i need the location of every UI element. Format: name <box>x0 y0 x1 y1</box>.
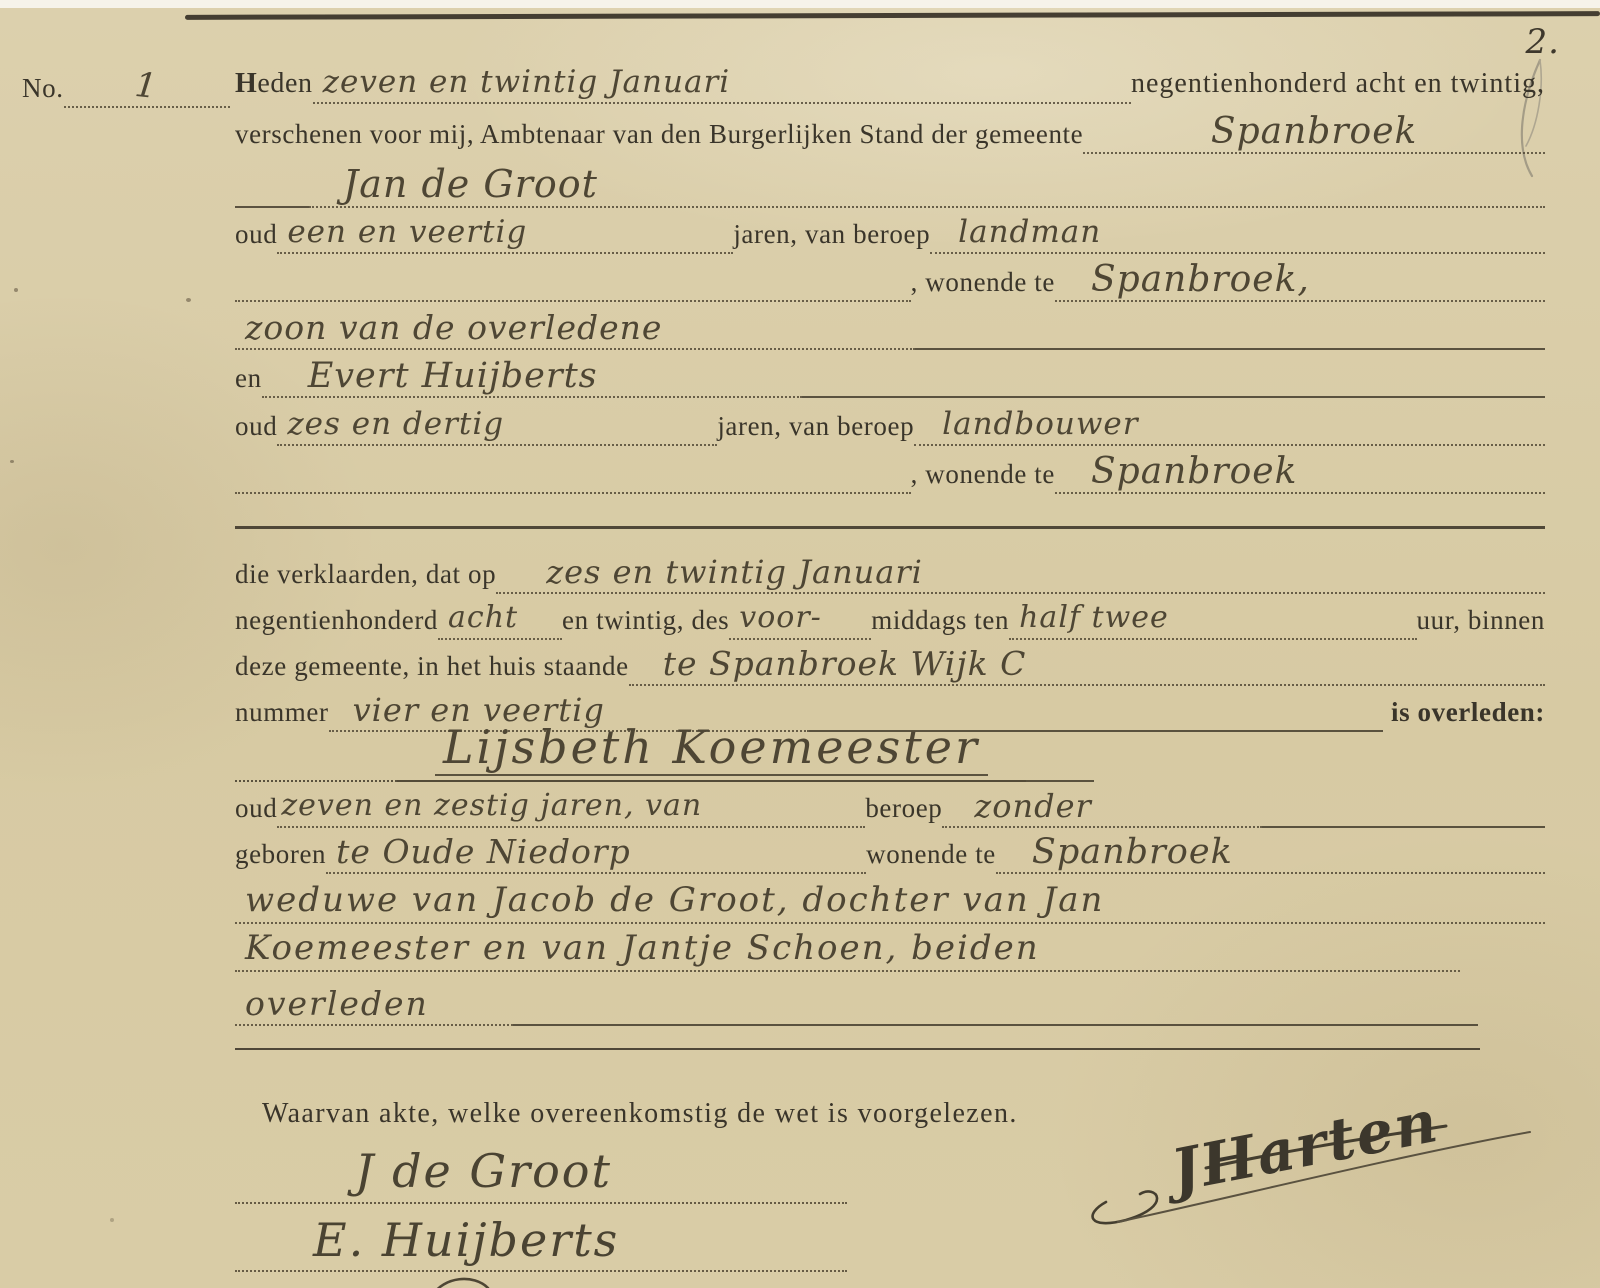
deceased-profession-handwriting: zonder <box>952 786 1091 826</box>
trailing-line <box>915 306 1545 350</box>
witness-signature-line-2: E. Huijberts <box>235 1204 847 1272</box>
death-date-handwriting: zes en twintig Januari <box>506 552 923 592</box>
deceased-name-underline: Lijsbeth Koemeester <box>397 721 1026 782</box>
tail-line <box>1026 724 1094 782</box>
deceased-residence-handwriting: Spanbroek <box>1006 832 1233 872</box>
act-number-label: No. <box>22 68 64 108</box>
partial-signature-stroke <box>428 1274 498 1288</box>
trailing-line <box>1262 784 1545 828</box>
death-certificate-page: 2. No. 1 Heden zeven en twintig Januari … <box>0 8 1600 1288</box>
line-declarant1-age: oud een en veertig jaren, van beroep lan… <box>235 210 1545 254</box>
oud-label-3: oud <box>235 788 277 828</box>
deceased-profession-field: zonder <box>942 784 1262 828</box>
deceased-name-handwriting: Lijsbeth Koemeester <box>443 720 980 774</box>
birthplace-handwriting: te Oude Niedorp <box>336 832 631 872</box>
line-registrar: verschenen voor mij, Ambtenaar van den B… <box>235 110 1545 154</box>
paper-torn-edge <box>185 11 1600 20</box>
trailing-line <box>802 354 1545 398</box>
wonende-label-2: , wonende te <box>911 454 1055 494</box>
paper-speck <box>10 460 14 463</box>
witness-signature-1: J de Groot <box>235 1140 612 1202</box>
paper-speck <box>14 288 18 292</box>
birthplace-field: te Oude Niedorp <box>326 830 866 874</box>
line-declarant1-name: Jan de Groot <box>235 160 1545 208</box>
spacer <box>1094 724 1545 782</box>
declarant1-age-field: een en veertig <box>277 210 733 254</box>
family-line2-field: Koemeester en van Jantje Schoen, beiden <box>235 924 1460 972</box>
act-number-field: 1 <box>64 64 230 108</box>
death-year-field: acht <box>438 596 562 640</box>
line-declarant1-residence: , wonende te Spanbroek, <box>235 258 1545 302</box>
wonende-label-3: wonende te <box>866 834 996 874</box>
trailing-line <box>513 980 1478 1026</box>
oud-label-2: oud <box>235 406 277 446</box>
gemeente-field: Spanbroek <box>1083 110 1545 154</box>
declarant2-name-handwriting: Evert Huijberts <box>272 356 598 396</box>
beroep-label-1: jaren, van beroep <box>733 214 930 254</box>
paper-speck <box>186 298 191 302</box>
declarant2-age-field: zes en dertig <box>277 402 717 446</box>
time-field: half twee <box>1009 596 1416 640</box>
line-declaration-date: die verklaarden, dat op zes en twintig J… <box>235 550 1545 594</box>
beroep-label-2: jaren, van beroep <box>717 406 914 446</box>
declarant1-relation-field: zoon van de overledene <box>235 306 915 350</box>
line-family-2: Koemeester en van Jantje Schoen, beiden <box>235 924 1460 972</box>
declarant2-name-field: Evert Huijberts <box>262 354 802 398</box>
family-line3-handwriting: overleden <box>245 984 429 1024</box>
date-field: zeven en twintig Januari <box>313 60 1131 104</box>
line-family-3: overleden <box>235 980 1478 1026</box>
date-handwriting: zeven en twintig Januari <box>323 62 731 102</box>
middags-label: middags ten <box>871 600 1009 640</box>
declarant2-profession-field: landbouwer <box>914 402 1545 446</box>
death-year-handwriting: acht <box>448 598 518 638</box>
line-deceased-name: Lijsbeth Koemeester <box>235 724 1545 782</box>
witness-signature-2: E. Huijberts <box>235 1210 619 1270</box>
daypart-handwriting: voor- <box>739 598 822 638</box>
blank-rule-line-2 <box>235 1048 1480 1050</box>
closing-statement: Waarvan akte, welke overeenkomstig de we… <box>262 1094 1018 1134</box>
paper-speck <box>110 1218 114 1222</box>
year-label: negentienhonderd acht en twintig, <box>1131 64 1545 104</box>
declarant1-name-field: Jan de Groot <box>309 160 1545 208</box>
line-deceased-age: oud zeven en zestig jaren, van beroep zo… <box>235 784 1545 828</box>
declarant2-age-handwriting: zes en dertig <box>287 404 504 444</box>
lead-line <box>235 160 309 208</box>
verklaarden-label: die verklaarden, dat op <box>235 554 496 594</box>
declarant1-profession-handwriting: landman <box>940 212 1101 252</box>
family-line1-field: weduwe van Jacob de Groot, dochter van J… <box>235 876 1545 924</box>
beroep-label-3: beroep <box>865 788 942 828</box>
gemeente-handwriting: Spanbroek <box>1211 112 1417 152</box>
line-declarant2-name: en Evert Huijberts <box>235 354 1545 398</box>
empty-line <box>235 450 911 494</box>
line-house: deze gemeente, in het huis staande te Sp… <box>235 642 1545 686</box>
line-declarant2-age: oud zes en dertig jaren, van beroep land… <box>235 402 1545 446</box>
time-handwriting: half twee <box>1019 598 1169 638</box>
official-signature: JHarten <box>1078 1084 1548 1244</box>
declarant1-age-handwriting: een en veertig <box>287 212 527 252</box>
line-declarant2-residence: , wonende te Spanbroek <box>235 450 1545 494</box>
family-line1-handwriting: weduwe van Jacob de Groot, dochter van J… <box>245 878 1104 922</box>
deceased-residence-field: Spanbroek <box>996 830 1545 874</box>
gemeente-huis-label: deze gemeente, in het huis staande <box>235 646 629 686</box>
line-family-1: weduwe van Jacob de Groot, dochter van J… <box>235 876 1545 924</box>
year-suffix-label: en twintig, des <box>562 600 729 640</box>
wonende-label-1: , wonende te <box>911 262 1055 302</box>
daypart-field: voor- <box>729 596 871 640</box>
declarant1-name-handwriting: Jan de Groot <box>319 162 598 206</box>
declarant1-profession-field: landman <box>930 210 1545 254</box>
empty-line <box>235 258 911 302</box>
declarant2-residence-handwriting: Spanbroek <box>1065 452 1297 492</box>
declarant2-residence-field: Spanbroek <box>1055 450 1545 494</box>
deceased-age-handwriting: zeven en zestig jaren, van <box>281 786 702 826</box>
lead-line <box>235 724 397 782</box>
geboren-label: geboren <box>235 834 326 874</box>
death-date-field: zes en twintig Januari <box>496 550 1545 594</box>
family-line3-field: overleden <box>235 980 513 1026</box>
family-line2-handwriting: Koemeester en van Jantje Schoen, beiden <box>245 926 1040 970</box>
oud-label-1: oud <box>235 214 277 254</box>
deceased-age-field: zeven en zestig jaren, van <box>277 784 865 828</box>
en-label: en <box>235 358 262 398</box>
house-handwriting: te Spanbroek Wijk C <box>639 644 1027 684</box>
declarant2-profession-handwriting: landbouwer <box>924 404 1138 444</box>
heden-label: Heden <box>235 64 313 104</box>
line-declarant1-relation: zoon van de overledene <box>235 306 1545 350</box>
line-date: Heden zeven en twintig Januari negentien… <box>235 60 1545 104</box>
line-deceased-birthplace: geboren te Oude Niedorp wonende te Spanb… <box>235 830 1545 874</box>
declarant1-residence-handwriting: Spanbroek, <box>1065 260 1310 300</box>
house-field: te Spanbroek Wijk C <box>629 642 1545 686</box>
declarant1-residence-field: Spanbroek, <box>1055 258 1545 302</box>
witness-signature-line-1: J de Groot <box>235 1134 847 1204</box>
blank-rule-line <box>235 526 1545 529</box>
act-number-value: 1 <box>133 65 160 107</box>
registrar-label: verschenen voor mij, Ambtenaar van den B… <box>235 114 1083 154</box>
uur-label: uur, binnen <box>1417 600 1546 640</box>
act-number-line: No. 1 <box>22 64 230 108</box>
year-prefix-label: negentienhonderd <box>235 600 438 640</box>
line-declaration-time: negentienhonderd acht en twintig, des vo… <box>235 596 1545 640</box>
declarant1-relation-handwriting: zoon van de overledene <box>245 308 662 348</box>
